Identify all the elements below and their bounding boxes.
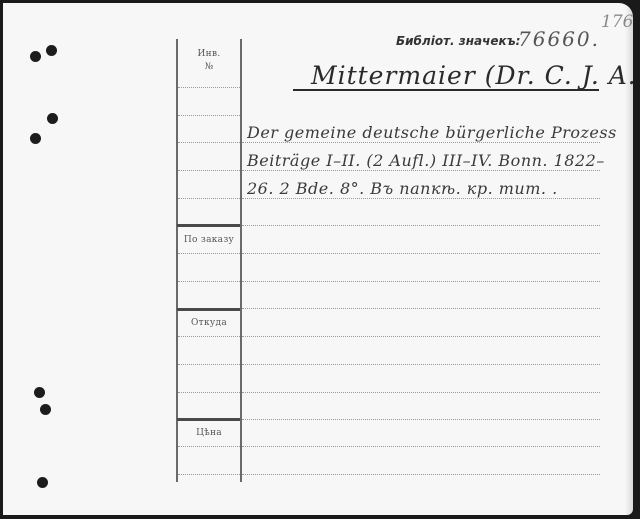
ruled-line xyxy=(178,392,240,393)
ruled-line xyxy=(178,253,240,254)
punch-hole-icon xyxy=(30,51,41,62)
from-where-label: Откуда xyxy=(178,318,240,328)
entry-line-volumes: Beiträge I–II. (2 Aufl.) III–IV. Bonn. 1… xyxy=(247,151,605,170)
ruled-line xyxy=(242,142,600,143)
ruled-line xyxy=(242,281,600,282)
ruled-line xyxy=(178,474,240,475)
entry-line-title: Der gemeine deutsche bürgerliche Prozess xyxy=(247,123,617,142)
ruled-line xyxy=(242,364,600,365)
section-divider xyxy=(177,308,240,311)
shelfmark-value: 76660. xyxy=(518,27,600,51)
ruled-line xyxy=(242,419,600,420)
ruled-line xyxy=(178,336,240,337)
left-column-rule xyxy=(176,39,178,482)
entry-line-imprint: 26. 2 Bde. 8°. Въ папкѣ. кр. тит. . xyxy=(247,179,558,198)
ruled-line xyxy=(242,446,600,447)
ruled-line xyxy=(242,225,600,226)
author-heading: Mittermaier (Dr. C. J. A.) xyxy=(311,61,633,90)
punch-hole-icon xyxy=(46,45,57,56)
shelfmark-label: Библіот. значекъ: xyxy=(396,34,520,48)
ruled-line xyxy=(242,474,600,475)
punch-hole-icon xyxy=(47,113,58,124)
by-order-label: По заказу xyxy=(178,235,240,245)
price-label: Цѣна xyxy=(178,428,240,438)
section-divider xyxy=(177,418,240,421)
left-column-rule xyxy=(240,39,242,482)
section-divider xyxy=(177,224,240,227)
punch-hole-icon xyxy=(40,404,51,415)
ruled-line xyxy=(242,198,600,199)
ruled-line xyxy=(178,142,240,143)
ruled-line xyxy=(178,87,240,88)
ruled-line xyxy=(178,281,240,282)
ruled-line xyxy=(178,115,240,116)
punch-hole-icon xyxy=(30,133,41,144)
ruled-line xyxy=(242,392,600,393)
ruled-line xyxy=(242,253,600,254)
ruled-line xyxy=(178,364,240,365)
ruled-line xyxy=(178,170,240,171)
page-number: 176 xyxy=(601,12,633,32)
author-underline xyxy=(293,89,599,91)
punch-hole-icon xyxy=(34,387,45,398)
ruled-line xyxy=(178,446,240,447)
ruled-line xyxy=(178,198,240,199)
inventory-label: Инв. № xyxy=(178,48,240,74)
ruled-line xyxy=(242,170,600,171)
ruled-line xyxy=(242,308,600,309)
ruled-line xyxy=(242,336,600,337)
catalog-card: 176 Инв. № По заказу Откуда Цѣна Библіот… xyxy=(3,3,633,515)
punch-hole-icon xyxy=(37,477,48,488)
